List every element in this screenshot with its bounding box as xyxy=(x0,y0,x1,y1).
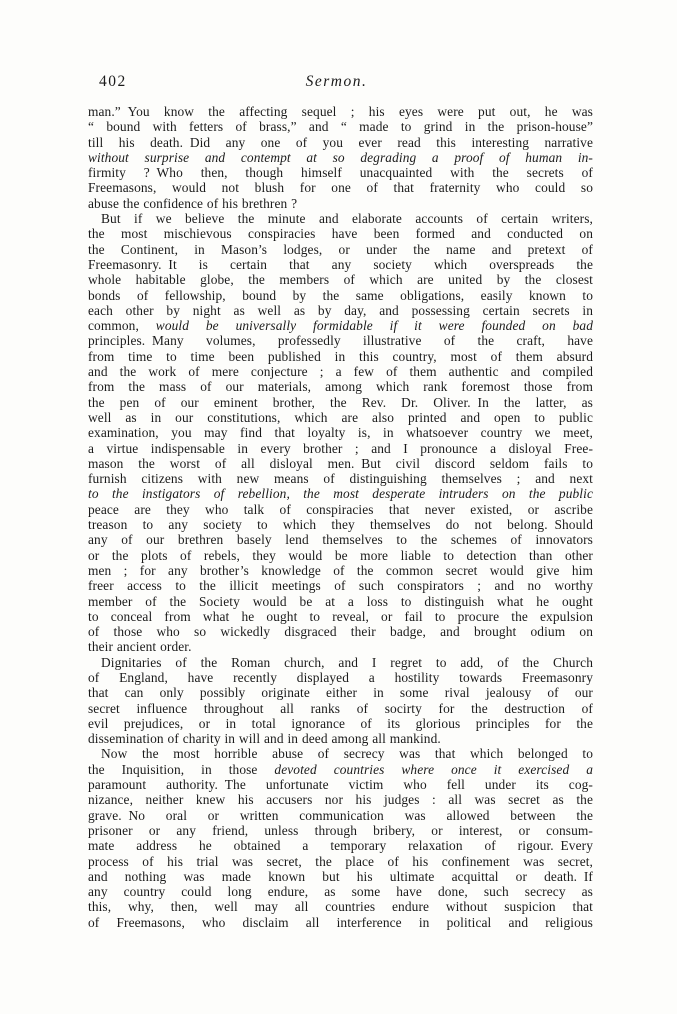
text-segment: and nothing was made known but his ultim… xyxy=(88,869,593,884)
text-line: a virtue indispensable in every brother … xyxy=(88,441,593,456)
text-line: from the mass of our materials, among wh… xyxy=(88,379,593,394)
text-segment: to conceal from what he ought to reveal,… xyxy=(88,609,593,624)
text-segment: mason the worst of all disloyal men. But… xyxy=(88,456,593,471)
text-line: or the plots of rebels, they would be mo… xyxy=(88,548,593,563)
text-line: whole habitable globe, the members of wh… xyxy=(88,272,593,287)
text-segment: the Inquisition, in those xyxy=(88,762,274,777)
text-line: Now the most horrible abuse of secrecy w… xyxy=(88,746,593,761)
text-line: the pen of our eminent brother, the Rev.… xyxy=(88,395,593,410)
text-line: bonds of fellowship, bound by the same o… xyxy=(88,288,593,303)
text-segment: treason to any society to which they the… xyxy=(88,517,593,532)
text-segment: dissemination of charity in will and in … xyxy=(88,731,441,746)
text-line: the Inquisition, in those devoted countr… xyxy=(88,762,593,777)
text-segment: whole habitable globe, the members of wh… xyxy=(88,272,593,287)
text-segment: bonds of fellowship, bound by the same o… xyxy=(88,288,593,303)
text-line: Freemasonry. It is certain that any soci… xyxy=(88,257,593,272)
text-line: well as in our constitutions, which are … xyxy=(88,410,593,425)
text-segment: Dignitaries of the Roman church, and I r… xyxy=(101,655,593,670)
text-segment: paramount authority. The unfortunate vic… xyxy=(88,777,593,792)
text-segment: from the mass of our materials, among wh… xyxy=(88,379,593,394)
text-line: to the instigators of rebellion, the mos… xyxy=(88,486,593,501)
text-segment: of Freemasons, who disclaim all interfer… xyxy=(88,915,593,930)
text-segment: till his death. Did any one of you ever … xyxy=(88,135,593,150)
text-segment: man.” You know the affecting sequel ; hi… xyxy=(88,104,593,119)
text-line: mate address he obtained a temporary rel… xyxy=(88,838,593,853)
paragraph: Now the most horrible abuse of secrecy w… xyxy=(88,746,593,930)
text-line: till his death. Did any one of you ever … xyxy=(88,135,593,150)
text-line: But if we believe the minute and elabora… xyxy=(88,211,593,226)
text-segment: examination, you may find that loyalty i… xyxy=(88,425,593,440)
text-line: peace are they who talk of conspiracies … xyxy=(88,502,593,517)
text-segment: prisoner or any friend, unless through b… xyxy=(88,823,593,838)
text-segment: their ancient order. xyxy=(88,639,192,654)
text-line: this, why, then, well may all countries … xyxy=(88,899,593,914)
text-line: of those who so wickedly disgraced their… xyxy=(88,624,593,639)
text-line: any of our brethren basely lend themselv… xyxy=(88,532,593,547)
text-line: of England, have recently displayed a ho… xyxy=(88,670,593,685)
text-segment: freer access to the illicit meetings of … xyxy=(88,578,593,593)
text-segment: mate address he obtained a temporary rel… xyxy=(88,838,593,853)
text-line: evil prejudices, or in total ignorance o… xyxy=(88,716,593,731)
text-segment: Now the most horrible abuse of secrecy w… xyxy=(101,746,593,761)
text-line: prisoner or any friend, unless through b… xyxy=(88,823,593,838)
text-line: paramount authority. The unfortunate vic… xyxy=(88,777,593,792)
text-line: without surprise and contempt at so degr… xyxy=(88,150,593,165)
text-line: “ bound with fetters of brass,” and “ ma… xyxy=(88,119,593,134)
text-line: from time to time been published in this… xyxy=(88,349,593,364)
page-body: man.” You know the affecting sequel ; hi… xyxy=(88,104,593,930)
text-segment: that can only possibly originate either … xyxy=(88,685,593,700)
text-line: the Continent, in Mason’s lodges, or und… xyxy=(88,242,593,257)
text-line: process of his trial was secret, the pla… xyxy=(88,854,593,869)
text-line: that can only possibly originate either … xyxy=(88,685,593,700)
text-line: secret influence throughout all ranks of… xyxy=(88,701,593,716)
text-segment: from time to time been published in this… xyxy=(88,349,593,364)
text-line: any country could long endure, as some h… xyxy=(88,884,593,899)
text-segment: abuse the confidence of his brethren ? xyxy=(88,196,297,211)
text-line: treason to any society to which they the… xyxy=(88,517,593,532)
text-line: mason the worst of all disloyal men. But… xyxy=(88,456,593,471)
text-segment: any country could long endure, as some h… xyxy=(88,884,593,899)
text-line: their ancient order. xyxy=(88,639,593,654)
italic-text-segment: would be universally formidable if it we… xyxy=(156,318,593,333)
text-line: common, would be universally formidable … xyxy=(88,318,593,333)
text-line: principles. Many volumes, professedly il… xyxy=(88,333,593,348)
text-segment: nizance, neither knew his accusers nor h… xyxy=(88,792,593,807)
text-line: dissemination of charity in will and in … xyxy=(88,731,593,746)
paragraph: Dignitaries of the Roman church, and I r… xyxy=(88,655,593,747)
text-line: member of the Society would be at a loss… xyxy=(88,594,593,609)
text-segment: evil prejudices, or in total ignorance o… xyxy=(88,716,593,731)
text-segment: a virtue indispensable in every brother … xyxy=(88,441,593,456)
text-line: and the work of mere conjecture ; a few … xyxy=(88,364,593,379)
text-segment: this, why, then, well may all countries … xyxy=(88,899,593,914)
paragraph: man.” You know the affecting sequel ; hi… xyxy=(88,104,593,211)
text-line: abuse the confidence of his brethren ? xyxy=(88,196,593,211)
text-line: man.” You know the affecting sequel ; hi… xyxy=(88,104,593,119)
text-segment: of those who so wickedly disgraced their… xyxy=(88,624,593,639)
text-segment: the pen of our eminent brother, the Rev.… xyxy=(88,395,593,410)
text-segment: principles. Many volumes, professedly il… xyxy=(88,333,593,348)
text-segment: men ; for any brother’s knowledge of the… xyxy=(88,563,593,578)
text-line: nizance, neither knew his accusers nor h… xyxy=(88,792,593,807)
text-segment: grave. No oral or written communication … xyxy=(88,808,593,823)
italic-text-segment: devoted countries where once it exercise… xyxy=(274,762,593,777)
text-segment: peace are they who talk of conspiracies … xyxy=(88,502,593,517)
text-segment: of England, have recently displayed a ho… xyxy=(88,670,593,685)
text-segment: or the plots of rebels, they would be mo… xyxy=(88,548,593,563)
text-segment: well as in our constitutions, which are … xyxy=(88,410,593,425)
text-line: and nothing was made known but his ultim… xyxy=(88,869,593,884)
text-line: men ; for any brother’s knowledge of the… xyxy=(88,563,593,578)
text-line: the most mischievous conspiracies have b… xyxy=(88,226,593,241)
text-line: Freemasons, would not blush for one of t… xyxy=(88,180,593,195)
text-segment: process of his trial was secret, the pla… xyxy=(88,854,593,869)
text-segment: Freemasonry. It is certain that any soci… xyxy=(88,257,593,272)
text-segment: furnish citizens with new means of disti… xyxy=(88,471,593,486)
text-segment: common, xyxy=(88,318,156,333)
text-line: furnish citizens with new means of disti… xyxy=(88,471,593,486)
text-line: each other by night as well as by day, a… xyxy=(88,303,593,318)
text-segment: and the work of mere conjecture ; a few … xyxy=(88,364,593,379)
text-line: to conceal from what he ought to reveal,… xyxy=(88,609,593,624)
text-segment: the most mischievous conspiracies have b… xyxy=(88,226,593,241)
text-line: Dignitaries of the Roman church, and I r… xyxy=(88,655,593,670)
italic-text-segment: to the instigators of rebellion, the mos… xyxy=(88,486,593,501)
text-segment: Freemasons, would not blush for one of t… xyxy=(88,180,593,195)
page-title: Sermon. xyxy=(88,73,585,91)
text-line: examination, you may find that loyalty i… xyxy=(88,425,593,440)
page-header: 402 Sermon. xyxy=(88,73,593,93)
text-segment: firmity ? Who then, though himself unacq… xyxy=(88,165,593,180)
text-segment: “ bound with fetters of brass,” and “ ma… xyxy=(88,119,593,134)
text-segment: secret influence throughout all ranks of… xyxy=(88,701,593,716)
text-segment: any of our brethren basely lend themselv… xyxy=(88,532,593,547)
text-line: freer access to the illicit meetings of … xyxy=(88,578,593,593)
text-segment: each other by night as well as by day, a… xyxy=(88,303,593,318)
text-segment: member of the Society would be at a loss… xyxy=(88,594,593,609)
text-segment: the Continent, in Mason’s lodges, or und… xyxy=(88,242,593,257)
text-line: firmity ? Who then, though himself unacq… xyxy=(88,165,593,180)
text-line: grave. No oral or written communication … xyxy=(88,808,593,823)
text-segment: But if we believe the minute and elabora… xyxy=(101,211,593,226)
book-page: 402 Sermon. man.” You know the affecting… xyxy=(0,0,677,1014)
italic-text-segment: without surprise and contempt at so degr… xyxy=(88,150,593,165)
paragraph: But if we believe the minute and elabora… xyxy=(88,211,593,655)
text-line: of Freemasons, who disclaim all interfer… xyxy=(88,915,593,930)
